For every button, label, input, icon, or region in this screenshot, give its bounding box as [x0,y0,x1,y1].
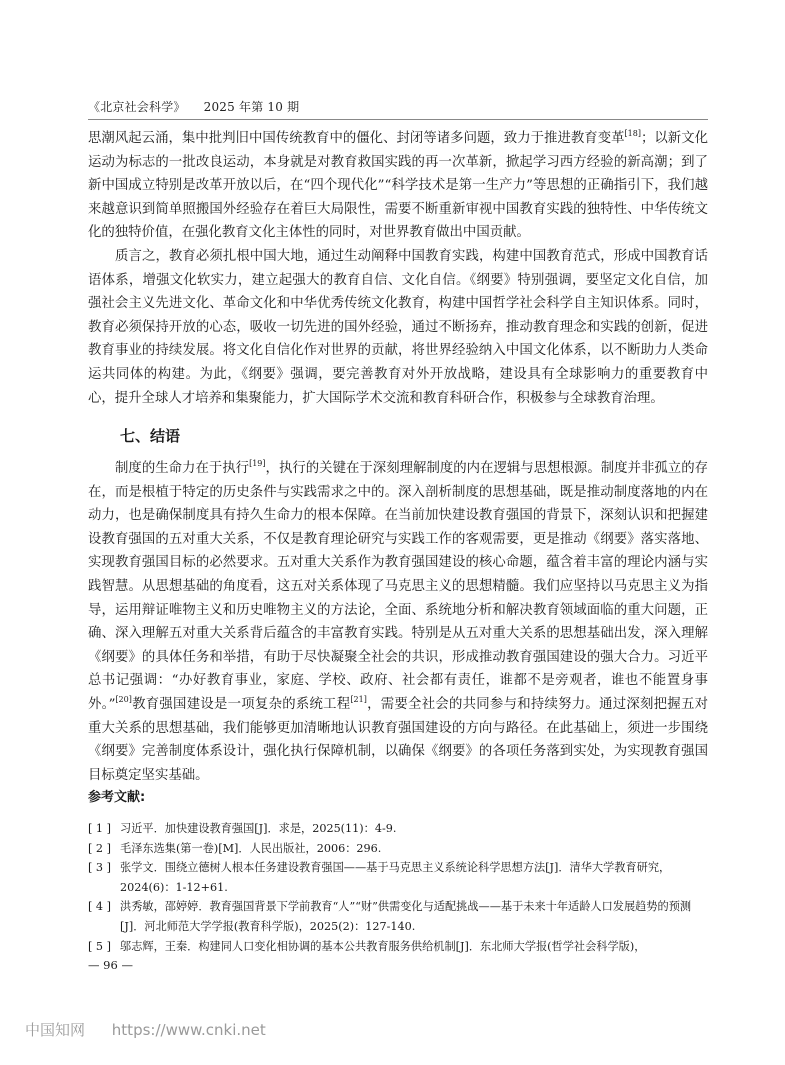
reference-number: [ 1 ] [88,819,120,839]
previous-section-body: 思潮风起云涌，集中批判旧中国传统教育中的僵化、封闭等诸多问题，致力于推进教育变革… [88,127,708,410]
cnki-watermark: 中国知网 https://www.cnki.net [25,1019,266,1040]
citation-ref[interactable]: [20] [115,695,131,704]
cnki-brand: 中国知网 [25,1021,85,1039]
reference-item: [ 5 ] 邬志辉，王秦．构建同人口变化相协调的基本公共教育服务供给机制[J]．… [88,937,708,957]
cnki-url[interactable]: https://www.cnki.net [112,1021,266,1039]
reference-item: [ 4 ] 洪秀敏，邵婷婷．教育强国背景下学前教育“人”“财”供需变化与适配挑战… [88,897,708,936]
citation-ref[interactable]: [19] [249,459,265,468]
paragraph: 制度的生命力在于执行[19]，执行的关键在于深刻理解制度的内在逻辑与思想根源。制… [88,457,708,787]
citation-ref[interactable]: [21] [350,695,366,704]
reference-item: [ 3 ] 张学文．围绕立德树人根本任务建设教育强国——基于马克思主义系统论科学… [88,858,708,897]
running-head: 《北京社会科学》 2025 年第 10 期 [88,98,299,115]
paragraph: 质言之，教育必须扎根中国大地，通过生动阐释中国教育实践，构建中国教育范式，形成中… [88,245,708,410]
citation-ref[interactable]: [18] [625,129,641,138]
page-number: — 96 — [88,958,133,972]
references-heading: 参考文献: [88,786,145,805]
section-heading: 七、结语 [120,425,180,446]
reference-text: 邬志辉，王秦．构建同人口变化相协调的基本公共教育服务供给机制[J]．东北师大学报… [120,937,708,957]
issue-label: 2025 年第 10 期 [204,100,300,114]
journal-name: 《北京社会科学》 [88,100,186,114]
reference-number: [ 4 ] [88,897,120,936]
reference-item: [ 1 ] 习近平．加快建设教育强国[J]．求是，2025(11)：4-9. [88,819,708,839]
reference-item: [ 2 ] 毛泽东选集(第一卷)[M]．人民出版社，2006：296. [88,839,708,859]
conclusion-body: 制度的生命力在于执行[19]，执行的关键在于深刻理解制度的内在逻辑与思想根源。制… [88,457,708,787]
reference-text: 毛泽东选集(第一卷)[M]．人民出版社，2006：296. [120,839,708,859]
reference-list: [ 1 ] 习近平．加快建设教育强国[J]．求是，2025(11)：4-9. [… [88,819,708,956]
reference-number: [ 2 ] [88,839,120,859]
reference-text: 张学文．围绕立德树人根本任务建设教育强国——基于马克思主义系统论科学思想方法[J… [120,858,708,897]
reference-text: 洪秀敏，邵婷婷．教育强国背景下学前教育“人”“财”供需变化与适配挑战——基于未来… [120,897,708,936]
reference-text: 习近平．加快建设教育强国[J]．求是，2025(11)：4-9. [120,819,708,839]
reference-number: [ 5 ] [88,937,120,957]
header-rule [88,119,708,120]
reference-number: [ 3 ] [88,858,120,897]
paragraph: 思潮风起云涌，集中批判旧中国传统教育中的僵化、封闭等诸多问题，致力于推进教育变革… [88,127,708,245]
